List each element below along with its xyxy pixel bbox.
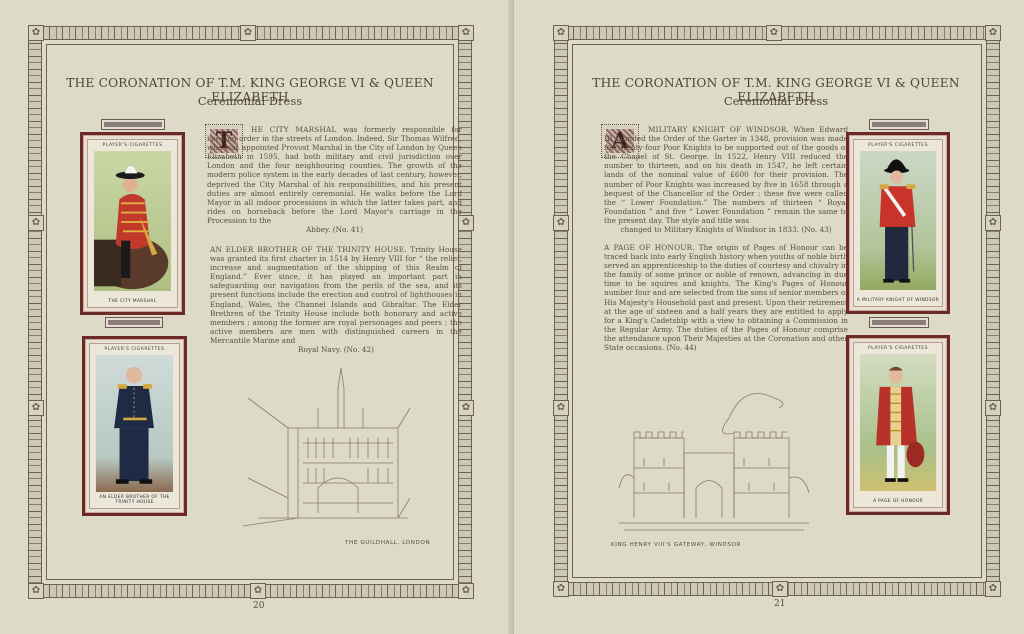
frame-corner-ornament-icon: ✿: [553, 25, 569, 41]
illustration-caption: KING HENRY VIII'S GATEWAY, WINDSOR: [611, 542, 741, 548]
frame-mid-ornament-icon: ✿: [240, 25, 256, 41]
card-brand: PLAYER'S CIGARETTES: [854, 346, 942, 351]
frame-side-ornament-icon: ✿: [985, 215, 1001, 231]
frame-side-ornament-icon: ✿: [28, 215, 44, 231]
page-subtitle: Ceremonial Dress: [50, 94, 450, 108]
card-caption: A PAGE OF HONOUR: [854, 499, 942, 504]
card-illustration-elder-brother: [96, 355, 173, 492]
guildhall-illustration: [238, 368, 413, 528]
frame-mid-ornament-icon: ✿: [766, 25, 782, 41]
frame-side-ornament-icon: ✿: [28, 400, 44, 416]
frame-corner-ornament-icon: ✿: [28, 25, 44, 41]
frame-side-ornament-icon: ✿: [458, 400, 474, 416]
card-caption: THE CITY MARSHAL: [88, 299, 177, 304]
entry-reference: Abbey. (No. 41): [207, 225, 462, 234]
frame-mid-ornament-icon: ✿: [250, 583, 266, 599]
entry-body: When Edward III founded the Order of the…: [604, 125, 848, 225]
cigarette-card-military-knight: PLAYER'S CIGARETTES: [846, 132, 950, 314]
entry-body: The origin of Pages of Honour can be tra…: [604, 243, 848, 352]
card-tab: [106, 318, 162, 327]
entry-heading: AN ELDER BROTHER OF THE TRINITY HOUSE.: [210, 245, 407, 254]
frame-corner-ornament-icon: ✿: [985, 25, 1001, 41]
frame-corner-ornament-icon: ✿: [458, 583, 474, 599]
entry-body: Trinity House was granted its first char…: [210, 245, 462, 345]
entry-heading: MILITARY KNIGHT OF WINDSOR.: [648, 125, 789, 134]
frame-side-ornament-icon: ✿: [553, 215, 569, 231]
frame-side-ornament-icon: ✿: [553, 400, 569, 416]
page-number: 21: [774, 599, 785, 609]
card-brand: PLAYER'S CIGARETTES: [90, 347, 179, 352]
card-illustration-page-of-honour: [860, 354, 936, 491]
cigarette-card-page-of-honour: PLAYER'S CIGARETTES A: [846, 335, 950, 515]
frame-side-ornament-icon: ✿: [985, 400, 1001, 416]
frame-corner-ornament-icon: ✿: [458, 25, 474, 41]
illustration-caption: THE GUILDHALL, LONDON: [345, 540, 430, 546]
entry-page-of-honour: A PAGE OF HONOUR. The origin of Pages of…: [604, 243, 848, 352]
entry-military-knight: MILITARY KNIGHT OF WINDSOR. When Edward …: [604, 125, 848, 234]
frame-right-border: [986, 34, 1000, 590]
frame-mid-ornament-icon: ✿: [772, 581, 788, 597]
frame-left-border: [28, 34, 42, 590]
cigarette-card-city-marshal: PLAYER'S CIGARETTES THE CITY MARSHA: [80, 132, 185, 315]
card-tab: [870, 120, 928, 129]
card-caption: A MILITARY KNIGHT OF WINDSOR: [854, 298, 942, 303]
entry-trinity-house: AN ELDER BROTHER OF THE TRINITY HOUSE. T…: [210, 245, 462, 354]
entry-reference: Royal Navy. (No. 42): [210, 345, 462, 354]
entry-heading: HE CITY MARSHAL: [251, 125, 337, 134]
frame-corner-ornament-icon: ✿: [985, 581, 1001, 597]
card-brand: PLAYER'S CIGARETTES: [854, 143, 942, 148]
entry-city-marshal: HE CITY MARSHAL was formerly responsible…: [207, 125, 462, 234]
entry-reference: changed to Military Knights of Windsor i…: [604, 225, 848, 234]
page-subtitle: Ceremonial Dress: [576, 94, 976, 108]
card-brand: PLAYER'S CIGARETTES: [88, 143, 177, 148]
left-page: ✿ ✿ ✿ ✿ ✿ ✿ ✿ ✿ ✿ ✿ THE CORONATION OF T.…: [0, 0, 514, 634]
card-tab: [870, 318, 928, 327]
card-illustration-military-knight: [860, 151, 936, 290]
frame-corner-ornament-icon: ✿: [553, 581, 569, 597]
cigarette-card-trinity-house: PLAYER'S CIGARETTES AN ELDER BROTHE: [82, 336, 187, 516]
album-spread: ✿ ✿ ✿ ✿ ✿ ✿ ✿ ✿ ✿ ✿ THE CORONATION OF T.…: [0, 0, 1024, 634]
entry-body: was formerly responsible for keeping ord…: [207, 125, 462, 225]
frame-left-border: [554, 34, 568, 590]
right-page: ✿ ✿ ✿ ✿ ✿ ✿ ✿ ✿ ✿ ✿ THE CORONATION OF T.…: [514, 0, 1024, 634]
entry-heading: A PAGE OF HONOUR.: [604, 243, 695, 252]
page-number: 20: [253, 601, 264, 611]
card-caption: AN ELDER BROTHER OF THE TRINITY HOUSE: [90, 495, 179, 505]
frame-corner-ornament-icon: ✿: [28, 583, 44, 599]
card-tab: [102, 120, 164, 129]
card-illustration-city-marshal: [94, 151, 171, 291]
windsor-gateway-illustration: [614, 378, 814, 538]
